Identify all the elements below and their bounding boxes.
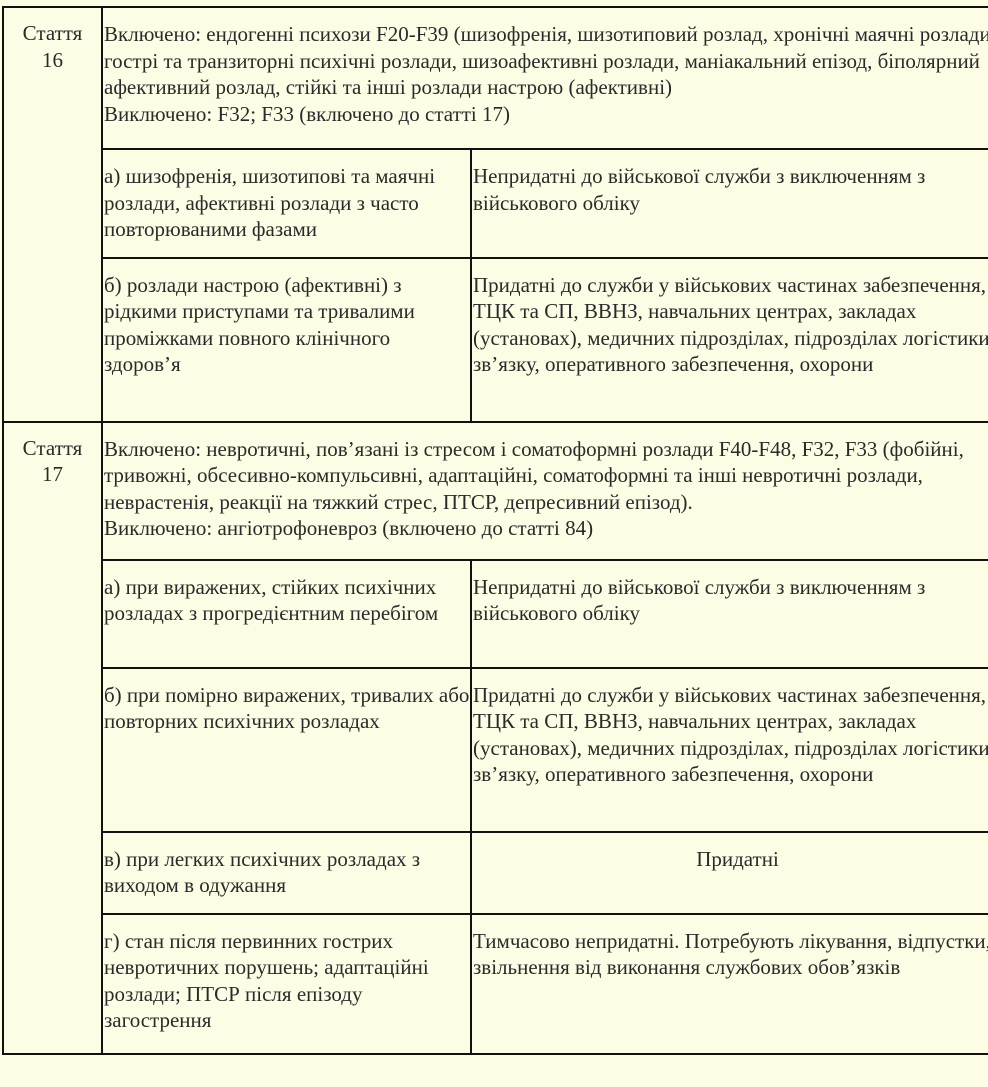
table-row: а) при виражених, стійких психічних розл…	[3, 560, 988, 668]
included-text: Включено: невротичні, пов’язані із стрес…	[104, 436, 988, 516]
table-row: в) при легких психічних розладах з виход…	[3, 832, 988, 914]
table-row: г) стан після первинних гострих невротич…	[3, 914, 988, 1054]
disease-schedule-table: Стаття 16 Включено: ендогенні психози F2…	[2, 6, 988, 1055]
condition-text: г) стан після первинних гострих невротич…	[103, 915, 470, 1048]
verdict-cell: Тимчасово непридатні. Потребують лікуван…	[471, 914, 988, 1054]
fitness-schedule-document: Стаття 16 Включено: ендогенні психози F2…	[2, 6, 988, 1055]
verdict-text: Тимчасово непридатні. Потребують лікуван…	[472, 915, 988, 995]
verdict-text: Придатні	[472, 833, 988, 887]
verdict-text: Придатні до служби у військових частинах…	[472, 259, 988, 392]
included-text: Включено: ендогенні психози F20-F39 (шиз…	[104, 21, 988, 101]
verdict-cell: Придатні до служби у військових частинах…	[471, 668, 988, 832]
article-17-header-row: Стаття 17 Включено: невротичні, пов’язан…	[3, 422, 988, 560]
article-number: 17	[4, 461, 101, 488]
article-label: Стаття	[4, 20, 101, 47]
condition-cell: б) при помірно виражених, тривалих або п…	[102, 668, 471, 832]
article-16-header-row: Стаття 16 Включено: ендогенні психози F2…	[3, 7, 988, 149]
article-17-description-cell: Включено: невротичні, пов’язані із стрес…	[102, 422, 988, 560]
article-label: Стаття	[4, 435, 101, 462]
verdict-cell: Непридатні до військової служби з виключ…	[471, 149, 988, 258]
verdict-cell: Придатні	[471, 832, 988, 914]
article-17-label-cell: Стаття 17	[3, 422, 102, 1054]
condition-cell: в) при легких психічних розладах з виход…	[102, 832, 471, 914]
table-row: б) розлади настрою (афективні) з рідкими…	[3, 258, 988, 422]
verdict-cell: Непридатні до військової служби з виключ…	[471, 560, 988, 668]
verdict-text: Придатні до служби у військових частинах…	[472, 669, 988, 802]
condition-cell: а) при виражених, стійких психічних розл…	[102, 560, 471, 668]
condition-text: в) при легких психічних розладах з виход…	[103, 833, 470, 913]
condition-cell: г) стан після первинних гострих невротич…	[102, 914, 471, 1054]
condition-text: б) розлади настрою (афективні) з рідкими…	[103, 259, 470, 392]
verdict-text: Непридатні до військової служби з виключ…	[472, 561, 988, 641]
excluded-text: Виключено: F32; F33 (включено до статті …	[104, 101, 988, 128]
condition-text: а) шизофренія, шизотипові та маячні розл…	[103, 150, 470, 257]
excluded-text: Виключено: ангіотрофоневроз (включено до…	[104, 515, 988, 542]
article-16-label-cell: Стаття 16	[3, 7, 102, 422]
condition-cell: а) шизофренія, шизотипові та маячні розл…	[102, 149, 471, 258]
verdict-text: Непридатні до військової служби з виключ…	[472, 150, 988, 230]
article-number: 16	[4, 47, 101, 74]
article-16-description-cell: Включено: ендогенні психози F20-F39 (шиз…	[102, 7, 988, 149]
condition-text: б) при помірно виражених, тривалих або п…	[103, 669, 470, 749]
condition-cell: б) розлади настрою (афективні) з рідкими…	[102, 258, 471, 422]
condition-text: а) при виражених, стійких психічних розл…	[103, 561, 470, 641]
table-row: а) шизофренія, шизотипові та маячні розл…	[3, 149, 988, 258]
table-row: б) при помірно виражених, тривалих або п…	[3, 668, 988, 832]
verdict-cell: Придатні до служби у військових частинах…	[471, 258, 988, 422]
